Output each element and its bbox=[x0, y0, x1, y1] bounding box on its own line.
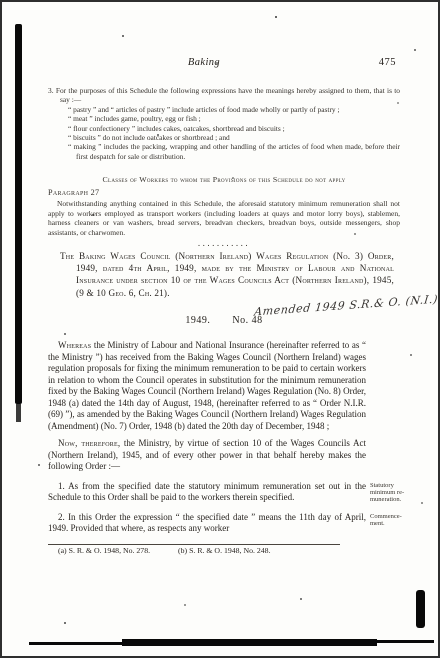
article-2-text: 2. In this Order the expression “ the sp… bbox=[48, 512, 366, 535]
order-year: 1949. bbox=[185, 315, 210, 326]
definition-item: “ flour confectionery ” includes cakes, … bbox=[68, 124, 400, 133]
schedule-definitions: 3. For the purposes of this Schedule the… bbox=[48, 86, 400, 161]
page-number: 475 bbox=[379, 57, 396, 68]
definitions-intro: 3. For the purposes of this Schedule the… bbox=[48, 86, 400, 105]
definition-item: “ meat ” includes game, poultry, egg or … bbox=[68, 114, 400, 123]
definition-item: “ biscuits ” do not include oatcakes or … bbox=[68, 133, 400, 142]
recital-lead: Whereas bbox=[58, 340, 91, 350]
paragraph-27: Paragraph 27 Notwithstanding anything co… bbox=[48, 188, 400, 237]
definition-item: “ pastry ” and “ articles of pastry ” in… bbox=[68, 105, 400, 114]
article-number: 2. bbox=[58, 512, 65, 522]
definitions-intro-text: For the purposes of this Schedule the fo… bbox=[56, 86, 400, 104]
scan-artifact-right-blob bbox=[416, 590, 425, 628]
article-body: As from the specified date the statutory… bbox=[48, 481, 366, 503]
article-1-text: 1. As from the specified date the statut… bbox=[48, 481, 366, 504]
recital-text: the Ministry of Labour and National Insu… bbox=[48, 340, 366, 431]
scan-artifact-left-bar bbox=[15, 24, 22, 404]
footnotes: (a) S. R. & O. 1948, No. 278.(b) S. R. &… bbox=[48, 545, 366, 557]
order-reference: 1949.No. 48 bbox=[48, 315, 400, 326]
paragraph-27-body: Notwithstanding anything contained in th… bbox=[48, 199, 400, 237]
scanned-document-page: Baking 475 3. For the purposes of this S… bbox=[0, 0, 440, 658]
recital-now-therefore: Now, therefore, the Ministry, by virtue … bbox=[48, 438, 366, 473]
footnote-a: (a) S. R. & O. 1948, No. 278. bbox=[48, 546, 150, 555]
article-body: In this Order the expression “ the speci… bbox=[48, 512, 366, 534]
paragraph-marker: 3. bbox=[48, 86, 54, 95]
dotted-separator: ........... bbox=[48, 238, 400, 248]
scan-artifact-left-bar-tail bbox=[16, 404, 21, 422]
article-number: 1. bbox=[58, 481, 65, 491]
body-column: Whereas the Ministry of Labour and Natio… bbox=[48, 340, 366, 556]
order-title: The Baking Wages Council (Northern Irela… bbox=[60, 250, 394, 299]
side-note-commencement: Commence-ment. bbox=[370, 513, 414, 528]
running-head-title: Baking bbox=[48, 57, 360, 68]
side-note-statutory-minimum: Statutory minimum re-muneration. bbox=[370, 482, 414, 504]
scan-speckles bbox=[2, 2, 4, 4]
footnote-b: (b) S. R. & O. 1948, No. 248. bbox=[150, 546, 270, 555]
footnote-block: (a) S. R. & O. 1948, No. 278.(b) S. R. &… bbox=[48, 544, 366, 557]
paragraph-27-label: Paragraph 27 bbox=[48, 188, 400, 197]
running-head: Baking 475 bbox=[48, 57, 400, 71]
article-1: 1. As from the specified date the statut… bbox=[48, 481, 366, 504]
classes-of-workers-heading: Classes of Workers to whom the Provision… bbox=[48, 175, 400, 184]
article-2: 2. In this Order the expression “ the sp… bbox=[48, 512, 366, 535]
scan-artifact-bottom-tail bbox=[372, 640, 434, 643]
recital-whereas: Whereas the Ministry of Labour and Natio… bbox=[48, 340, 366, 432]
scan-artifact-bottom-bar bbox=[122, 639, 377, 646]
definition-item: “ making ” includes the packing, wrappin… bbox=[68, 142, 400, 161]
recital-lead: Now, therefore, bbox=[58, 438, 120, 448]
